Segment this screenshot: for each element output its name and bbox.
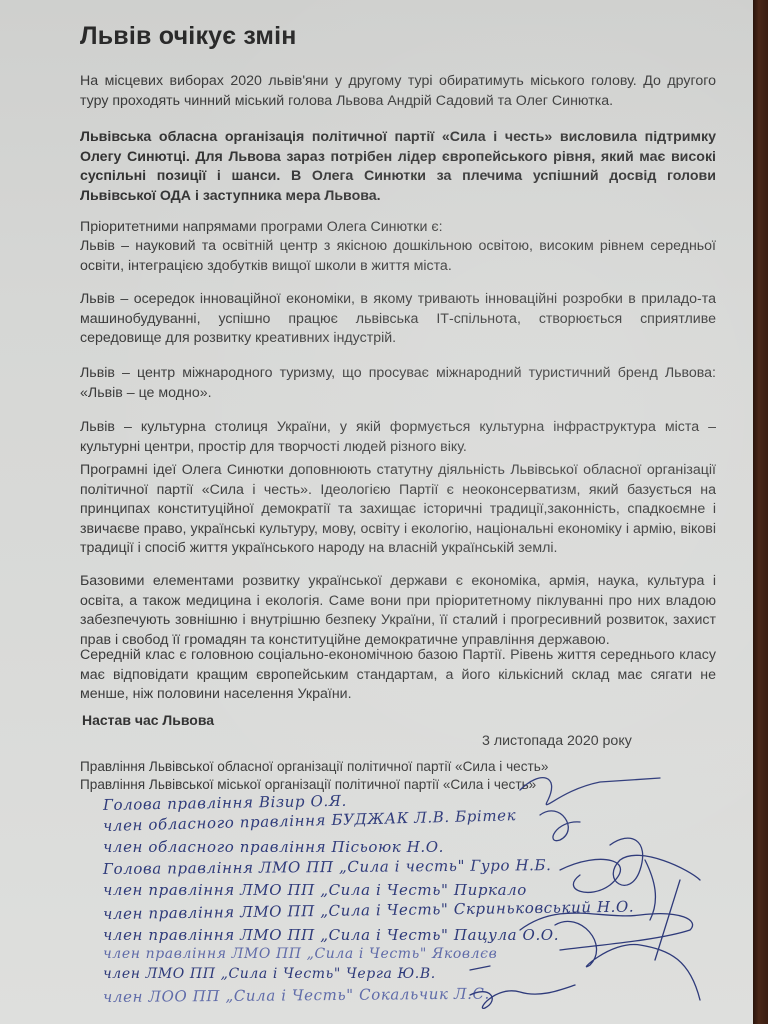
board-list: Правління Львівської обласної організаці… (80, 758, 548, 794)
signature-line-3: член обласного правління Пісьоюк Н.О. (103, 838, 444, 856)
signature-line-7: член правління ЛМО ПП „Сила і Честь" Пац… (103, 926, 559, 944)
signature-line-6: член правління ЛМО ПП „Сила і Честь" Скр… (103, 898, 634, 923)
paragraph-priority-2: Львів – осередок інноваційної економіки,… (80, 290, 716, 349)
slogan: Настав час Львова (82, 712, 214, 728)
paragraph-support: Львівська обласна організація політичної… (80, 128, 716, 206)
paragraph-middle-class: Середній клас є головною соціально-еконо… (80, 646, 716, 705)
document-title: Львів очікує змін (80, 22, 297, 51)
signature-line-5: член правління ЛМО ПП „Сила і Честь" Пир… (103, 881, 527, 899)
signature-line-10: член ЛОО ПП „Сила і Честь" Сокальчик Л.С… (103, 985, 490, 1006)
board-regional: Правління Львівської обласної організаці… (80, 758, 548, 776)
paragraph-state: Базовими елементами розвитку української… (80, 572, 716, 650)
paragraph-priority-3: Львів – центр міжнародного туризму, що п… (80, 364, 716, 403)
signature-line-8: член правління ЛМО ПП „Сила і Честь" Яко… (103, 946, 497, 962)
paragraph-priority-1: Львів – науковий та освітній центр з які… (80, 237, 716, 276)
signature-line-9: член ЛМО ПП „Сила і Честь" Черга Ю.В. (103, 966, 436, 982)
paragraph-ideology: Програмні ідеї Олега Синютки доповнюють … (80, 461, 716, 559)
signature-line-4: Голова правління ЛМО ПП „Сила і честь" Г… (103, 856, 552, 878)
document-page: Львів очікує змін На місцевих виборах 20… (0, 0, 753, 1024)
paragraph-priority-4: Львів – культурна столиця України, у які… (80, 418, 716, 457)
background-table-edge (753, 0, 768, 1024)
paragraph-intro: На місцевих виборах 2020 львів'яни у дру… (80, 72, 716, 111)
paragraph-priorities-intro: Пріоритетними напрямами програми Олега С… (80, 218, 716, 238)
document-date: 3 листопада 2020 року (482, 733, 632, 749)
